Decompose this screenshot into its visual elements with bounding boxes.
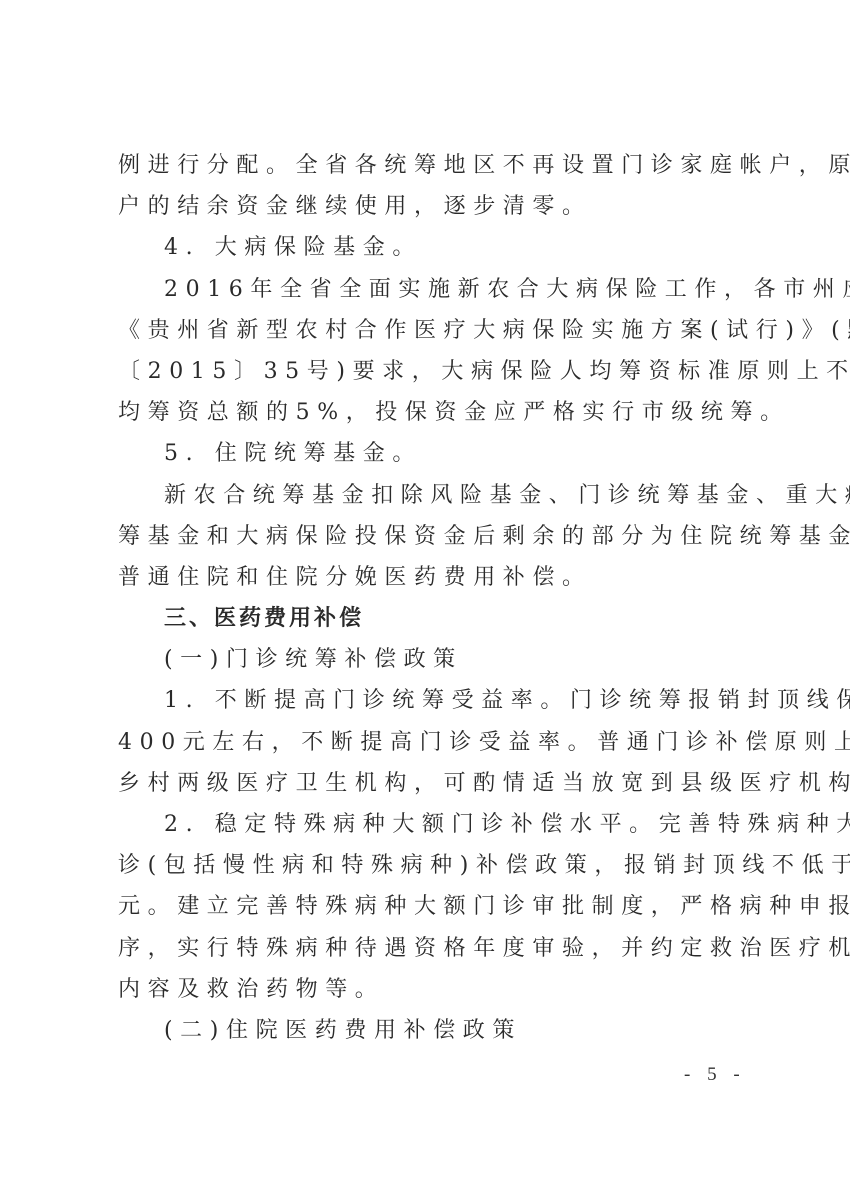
body-line: 400元左右，不断提高门诊受益率。普通门诊补偿原则上控制在: [118, 722, 730, 763]
document-body: 例进行分配。全省各统筹地区不再设置门诊家庭帐户，原家庭帐 户的结余资金继续使用，…: [118, 145, 730, 1051]
body-line: 筹基金和大病保险投保资金后剩余的部分为住院统筹基金，用于: [118, 516, 730, 557]
document-page: 例进行分配。全省各统筹地区不再设置门诊家庭帐户，原家庭帐 户的结余资金继续使用，…: [0, 0, 850, 1193]
body-line: 《贵州省新型农村合作医疗大病保险实施方案(试行)》(黔卫计发: [118, 310, 730, 351]
body-line: 诊(包括慢性病和特殊病种)补偿政策，报销封顶线不低于2万: [118, 845, 730, 886]
body-line: 乡村两级医疗卫生机构，可酌情适当放宽到县级医疗机构。: [118, 763, 730, 804]
body-line: 元。建立完善特殊病种大额门诊审批制度，严格病种申报审批程: [118, 886, 730, 927]
section-heading-5: 5. 住院统筹基金。: [118, 433, 730, 474]
body-line: 例进行分配。全省各统筹地区不再设置门诊家庭帐户，原家庭帐: [118, 145, 730, 186]
chapter-heading-3: 三、医药费用补偿: [118, 598, 730, 639]
body-line: 2016年全省全面实施新农合大病保险工作，各市州应按照: [118, 269, 730, 310]
body-line: 普通住院和住院分娩医药费用补偿。: [118, 557, 730, 598]
page-number: - 5 -: [684, 1064, 746, 1086]
body-line: 新农合统筹基金扣除风险基金、门诊统筹基金、重大疾病统: [118, 475, 730, 516]
body-line: 均筹资总额的5%，投保资金应严格实行市级统筹。: [118, 392, 730, 433]
body-line: 〔2015〕35号)要求，大病保险人均筹资标准原则上不低于年度人: [118, 351, 730, 392]
body-line: 户的结余资金继续使用，逐步清零。: [118, 186, 730, 227]
subsection-heading-1: (一)门诊统筹补偿政策: [118, 639, 730, 680]
section-heading-4: 4. 大病保险基金。: [118, 227, 730, 268]
body-line: 1. 不断提高门诊统筹受益率。门诊统筹报销封顶线保持: [118, 680, 730, 721]
body-line: 2. 稳定特殊病种大额门诊补偿水平。完善特殊病种大额门: [118, 804, 730, 845]
body-line: 序，实行特殊病种待遇资格年度审验，并约定救治医疗机构、治疗: [118, 928, 730, 969]
body-line: 内容及救治药物等。: [118, 969, 730, 1010]
subsection-heading-2: (二)住院医药费用补偿政策: [118, 1010, 730, 1051]
